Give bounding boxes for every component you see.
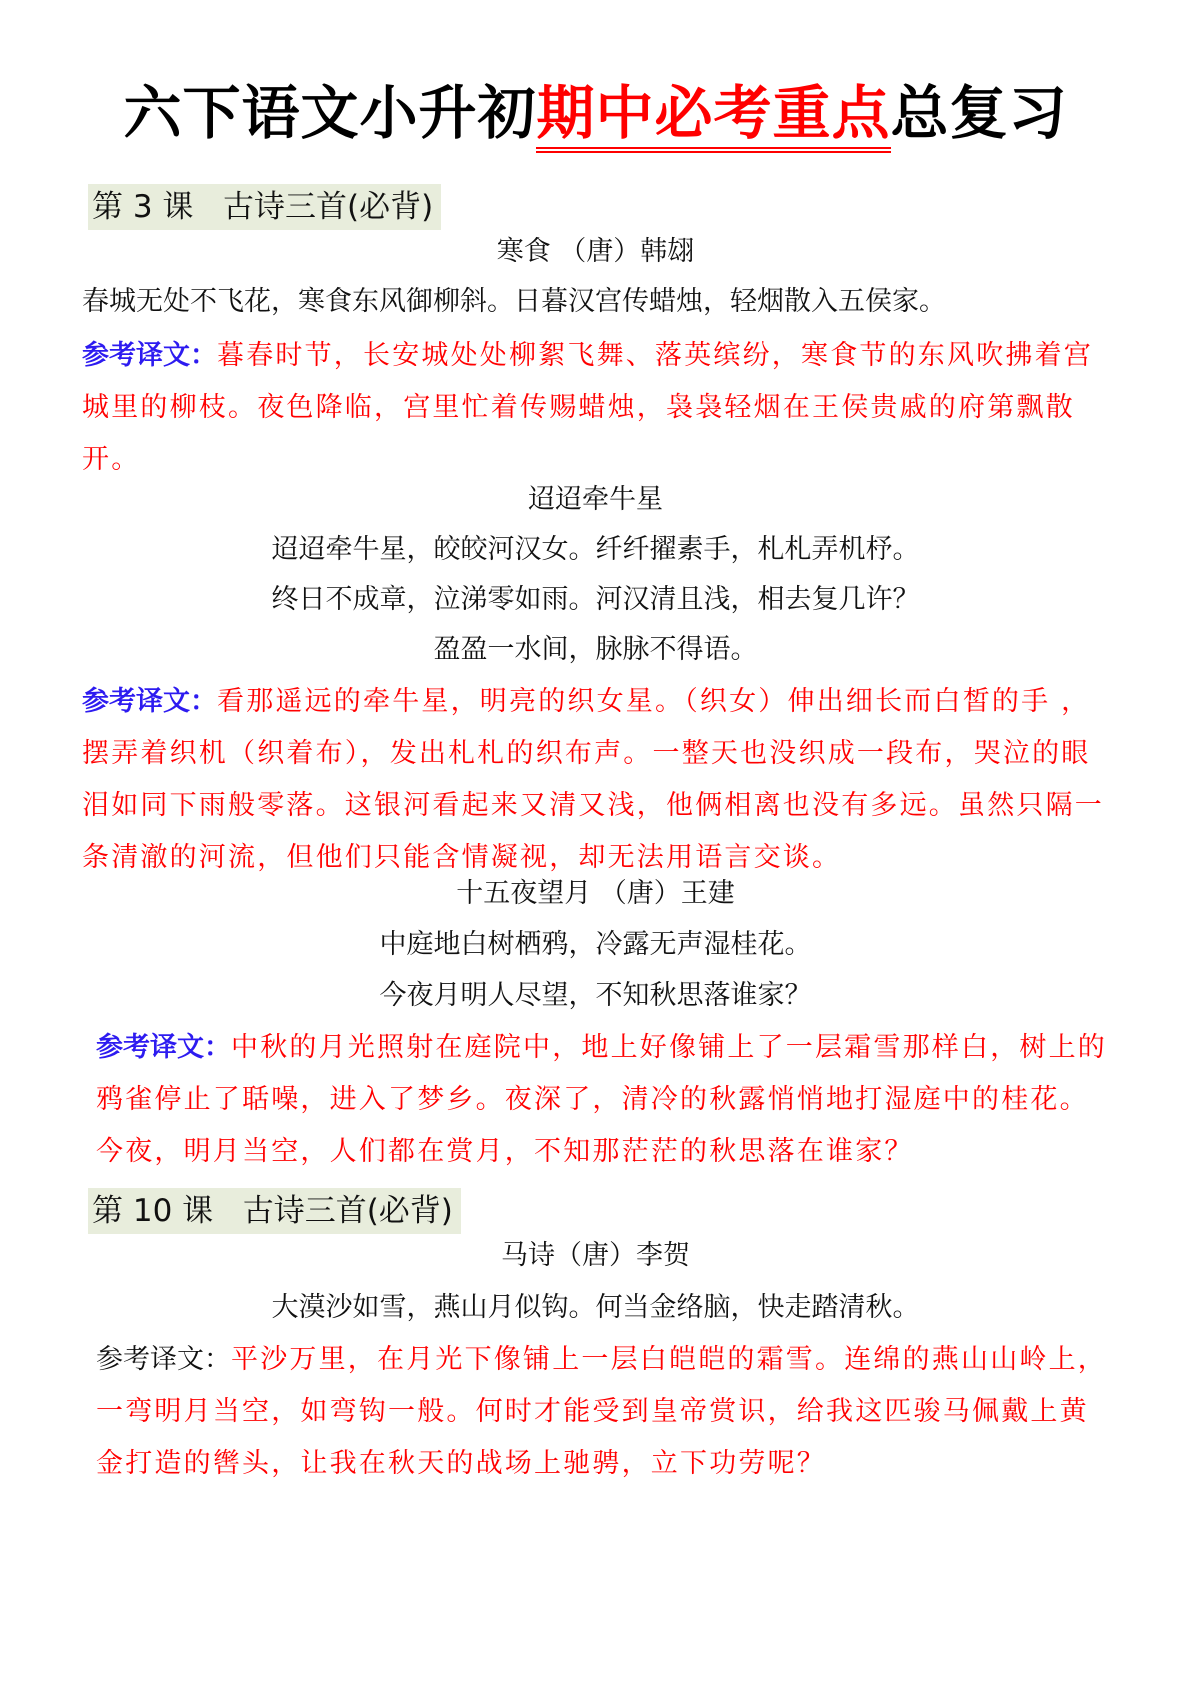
document-page: 六下语文小升初期中必考重点总复习 第 3 课 古诗三首(必背) 寒食 （唐）韩翃… — [0, 0, 1191, 1684]
poem-line: 终日不成章，泣涕零如雨。河汉清且浅，相去复几许？ — [0, 580, 1191, 620]
poem-line: 春城无处不飞花，寒食东风御柳斜。日暮汉宫传蜡烛，轻烟散入五侯家。 — [82, 282, 1122, 322]
poem-heading: 十五夜望月 （唐）王建 — [0, 874, 1191, 914]
poem-heading: 寒食 （唐）韩翃 — [0, 232, 1191, 272]
poem-line: 盈盈一水间，脉脉不得语。 — [0, 630, 1191, 670]
poem-heading: 马诗（唐）李贺 — [0, 1236, 1191, 1276]
translation-label: 参考译文： — [82, 686, 217, 717]
translation-block: 参考译文：中秋的月光照射在庭院中，地上好像铺上了一层霜雪那样白，树上的鸦雀停止了… — [96, 1022, 1116, 1178]
translation-text: 暮春时节，长安城处处柳絮飞舞、落英缤纷，寒食节的东风吹拂着宫城里的柳枝。夜色降临… — [82, 340, 1093, 475]
translation-label: 参考译文： — [82, 340, 217, 371]
translation-block: 参考译文：暮春时节，长安城处处柳絮飞舞、落英缤纷，寒食节的东风吹拂着宫城里的柳枝… — [82, 330, 1112, 486]
poem-line: 中庭地白树栖鸦，冷露无声湿桂花。 — [0, 925, 1191, 965]
translation-text: 看那遥远的牵牛星，明亮的织女星。（织女）伸出细长而白皙的手 ，摆弄着织机（织着布… — [82, 686, 1104, 873]
poem-heading: 迢迢牵牛星 — [0, 480, 1191, 520]
translation-text: 平沙万里，在月光下像铺上一层白皑皑的霜雪。连绵的燕山山岭上，一弯明月当空，如弯钩… — [96, 1344, 1107, 1479]
title-highlight: 期中必考重点 — [536, 79, 890, 153]
title-prefix: 六下语文小升初 — [123, 79, 536, 147]
translation-label: 参考译文： — [96, 1032, 231, 1063]
title-suffix: 总复习 — [891, 79, 1068, 147]
poem-line: 大漠沙如雪，燕山月似钩。何当金络脑，快走踏清秋。 — [0, 1288, 1191, 1328]
translation-label: 参考译文： — [96, 1344, 231, 1375]
translation-block: 参考译文：平沙万里，在月光下像铺上一层白皑皑的霜雪。连绵的燕山山岭上，一弯明月当… — [96, 1334, 1116, 1490]
page-title: 六下语文小升初期中必考重点总复习 — [0, 78, 1191, 148]
poem-line: 今夜月明人尽望，不知秋思落谁家？ — [0, 976, 1191, 1016]
translation-block: 参考译文：看那遥远的牵牛星，明亮的织女星。（织女）伸出细长而白皙的手 ，摆弄着织… — [82, 676, 1112, 884]
lesson-header-3: 第 3 课 古诗三首(必背) — [88, 184, 441, 230]
poem-line: 迢迢牵牛星，皎皎河汉女。纤纤擢素手，札札弄机杼。 — [0, 530, 1191, 570]
translation-text: 中秋的月光照射在庭院中，地上好像铺上了一层霜雪那样白，树上的鸦雀停止了聒噪，进入… — [96, 1032, 1107, 1167]
lesson-header-10: 第 10 课 古诗三首(必背) — [88, 1188, 461, 1234]
